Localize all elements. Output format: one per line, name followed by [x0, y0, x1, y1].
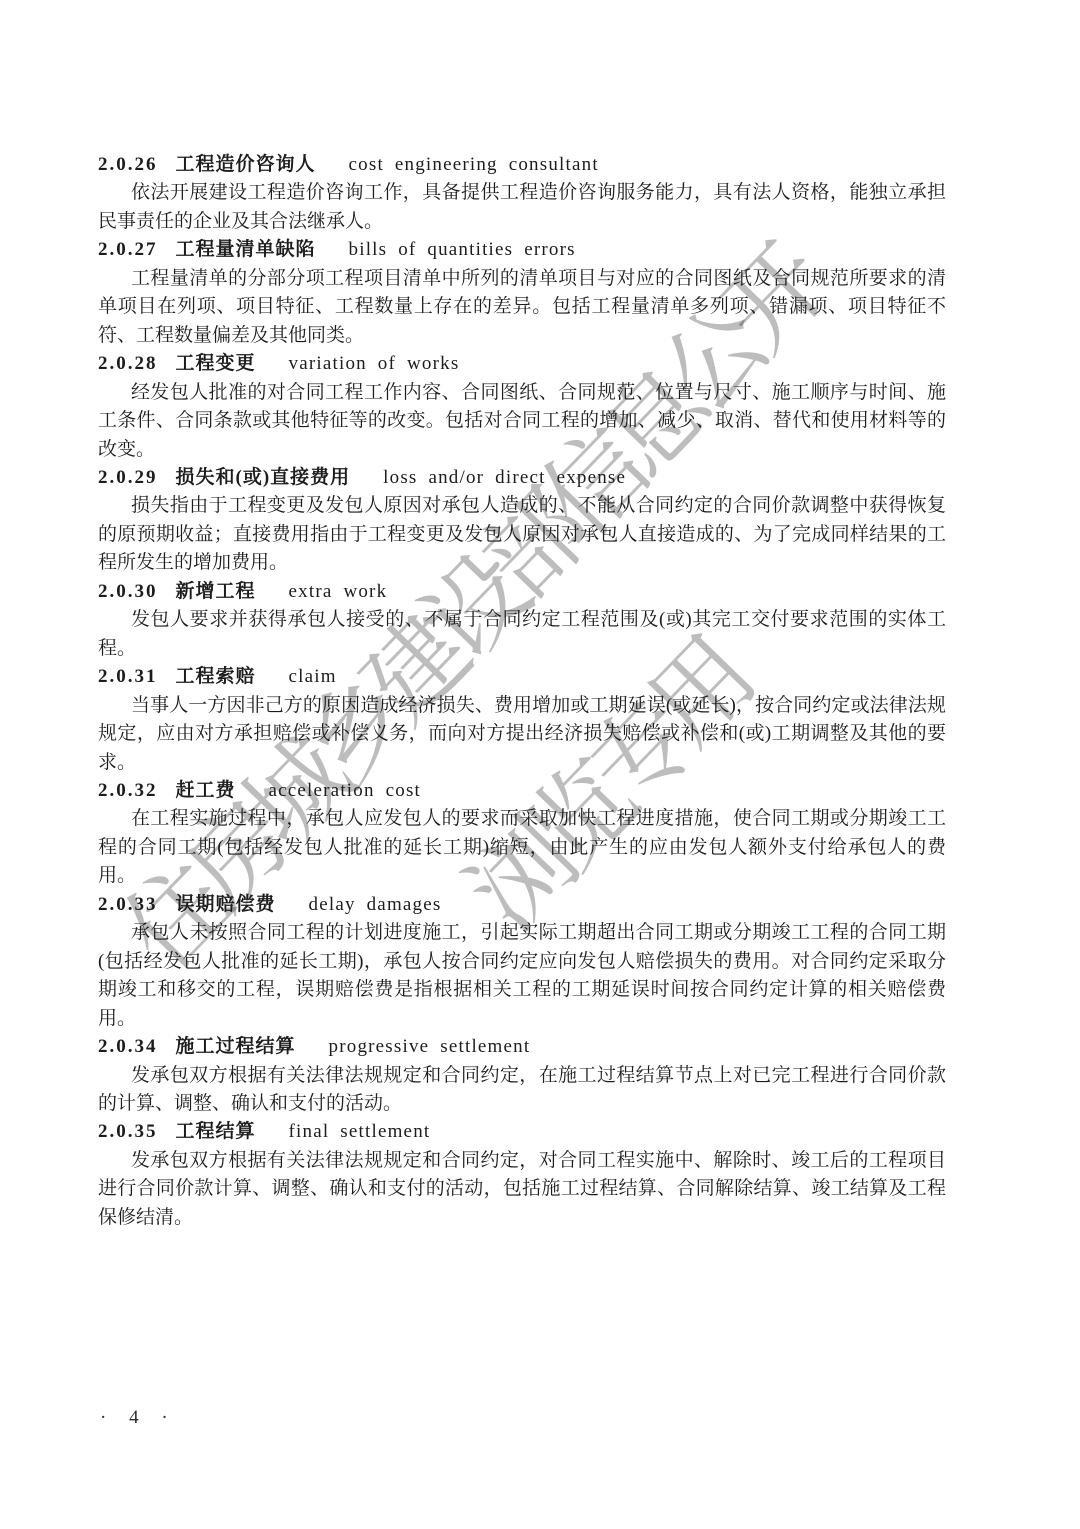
term-chinese: 误期赔偿费 — [176, 894, 276, 915]
term-definition: 经发包人批准的对合同工程工作内容、合同图纸、合同规范、位置与尺寸、施工顺序与时间… — [98, 379, 946, 464]
term-english: claim — [289, 666, 337, 687]
term-english: delay damages — [309, 894, 442, 915]
term-english: bills of quantities errors — [349, 239, 576, 260]
term-definition: 损失指由于工程变更及发包人原因对承包人造成的、不能从合同约定的合同价款调整中获得… — [98, 492, 946, 577]
term-english: final settlement — [289, 1121, 431, 1142]
term-chinese: 工程造价咨询人 — [176, 154, 316, 175]
term-definition: 当事人一方因非己方的原因造成经济损失、费用增加或工期延误(或延长)，按合同约定或… — [98, 692, 946, 777]
term-heading: 2.0.34施工过程结算progressive settlement — [98, 1033, 946, 1061]
term-definition: 工程量清单的分部分项工程项目清单中所列的清单项目与对应的合同图纸及合同规范所要求… — [98, 265, 946, 350]
terminology-list: 2.0.26工程造价咨询人cost engineering consultant… — [98, 151, 946, 1232]
section-number: 2.0.26 — [98, 154, 158, 175]
page-number: · 4 · — [100, 1407, 177, 1429]
term-definition: 承包人未按照合同工程的计划进度施工，引起实际工期超出合同工期或分期竣工工程的合同… — [98, 919, 946, 1033]
term-definition: 发包人要求并获得承包人接受的、不属于合同约定工程范围及(或)其完工交付要求范围的… — [98, 606, 946, 663]
term-section-2-0-32: 2.0.32赶工费acceleration cost 在工程实施过程中，承包人应… — [98, 777, 946, 891]
section-number: 2.0.30 — [98, 581, 158, 602]
term-definition: 在工程实施过程中，承包人应发包人的要求而采取加快工程进度措施，使合同工期或分期竣… — [98, 805, 946, 890]
term-definition: 发承包双方根据有关法律法规规定和合同约定，对合同工程实施中、解除时、竣工后的工程… — [98, 1147, 946, 1232]
term-chinese: 损失和(或)直接费用 — [176, 467, 351, 488]
term-english: loss and/or direct expense — [383, 467, 626, 488]
section-number: 2.0.29 — [98, 467, 158, 488]
term-chinese: 新增工程 — [176, 581, 256, 602]
term-section-2-0-31: 2.0.31工程索赔claim 当事人一方因非己方的原因造成经济损失、费用增加或… — [98, 663, 946, 777]
term-chinese: 赶工费 — [176, 780, 236, 801]
term-english: cost engineering consultant — [349, 154, 599, 175]
term-heading: 2.0.26工程造价咨询人cost engineering consultant — [98, 151, 946, 179]
term-heading: 2.0.28工程变更variation of works — [98, 350, 946, 378]
term-definition: 发承包双方根据有关法律法规规定和合同约定，在施工过程结算节点上对已完工程进行合同… — [98, 1062, 946, 1119]
term-english: extra work — [289, 581, 388, 602]
term-chinese: 工程索赔 — [176, 666, 256, 687]
term-heading: 2.0.27工程量清单缺陷bills of quantities errors — [98, 236, 946, 264]
document-page: 住房城乡建设部信息公开 浏览专用 2.0.26工程造价咨询人cost engin… — [0, 0, 1080, 1529]
term-english: acceleration cost — [269, 780, 422, 801]
term-chinese: 工程变更 — [176, 353, 256, 374]
section-number: 2.0.34 — [98, 1036, 158, 1057]
section-number: 2.0.31 — [98, 666, 158, 687]
term-section-2-0-29: 2.0.29损失和(或)直接费用loss and/or direct expen… — [98, 464, 946, 578]
term-chinese: 工程结算 — [176, 1121, 256, 1142]
term-english: variation of works — [289, 353, 460, 374]
term-heading: 2.0.33误期赔偿费delay damages — [98, 891, 946, 919]
term-chinese: 工程量清单缺陷 — [176, 239, 316, 260]
term-heading: 2.0.35工程结算final settlement — [98, 1118, 946, 1146]
section-number: 2.0.28 — [98, 353, 158, 374]
term-english: progressive settlement — [329, 1036, 531, 1057]
term-chinese: 施工过程结算 — [176, 1036, 296, 1057]
term-section-2-0-35: 2.0.35工程结算final settlement 发承包双方根据有关法律法规… — [98, 1118, 946, 1232]
term-section-2-0-28: 2.0.28工程变更variation of works 经发包人批准的对合同工… — [98, 350, 946, 464]
term-heading: 2.0.30新增工程extra work — [98, 578, 946, 606]
term-section-2-0-33: 2.0.33误期赔偿费delay damages 承包人未按照合同工程的计划进度… — [98, 891, 946, 1033]
term-section-2-0-30: 2.0.30新增工程extra work 发包人要求并获得承包人接受的、不属于合… — [98, 578, 946, 663]
term-heading: 2.0.29损失和(或)直接费用loss and/or direct expen… — [98, 464, 946, 492]
section-number: 2.0.27 — [98, 239, 158, 260]
term-heading: 2.0.32赶工费acceleration cost — [98, 777, 946, 805]
term-heading: 2.0.31工程索赔claim — [98, 663, 946, 691]
section-number: 2.0.32 — [98, 780, 158, 801]
term-definition: 依法开展建设工程造价咨询工作，具备提供工程造价咨询服务能力，具有法人资格，能独立… — [98, 179, 946, 236]
term-section-2-0-34: 2.0.34施工过程结算progressive settlement 发承包双方… — [98, 1033, 946, 1118]
term-section-2-0-26: 2.0.26工程造价咨询人cost engineering consultant… — [98, 151, 946, 236]
section-number: 2.0.35 — [98, 1121, 158, 1142]
term-section-2-0-27: 2.0.27工程量清单缺陷bills of quantities errors … — [98, 236, 946, 350]
section-number: 2.0.33 — [98, 894, 158, 915]
